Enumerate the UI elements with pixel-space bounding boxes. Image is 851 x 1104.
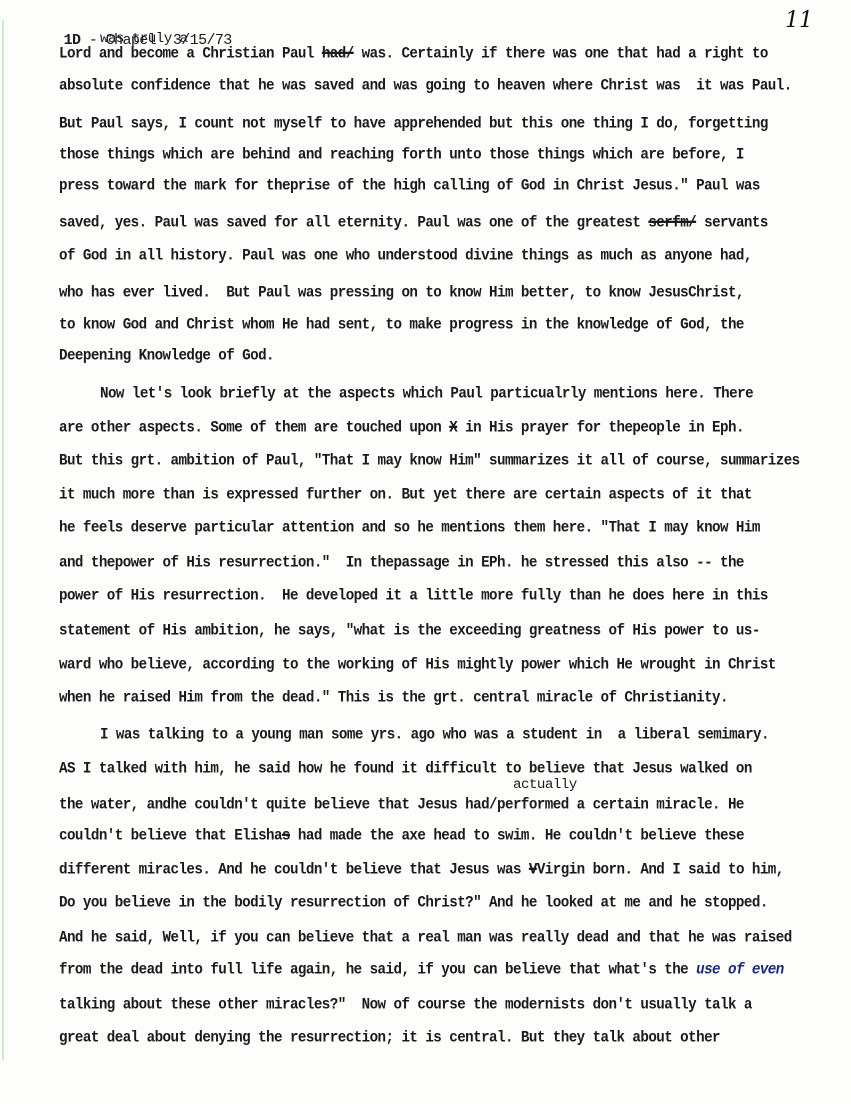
text-line: when he raised Him from the dead." This … (59, 689, 728, 707)
text-line: talking about these other miracles?" Now… (59, 996, 752, 1014)
text-line: But this grt. ambition of Paul, "That I … (59, 452, 800, 470)
text-line: he feels deserve particular attention an… (59, 519, 760, 537)
text-line: couldn't believe that Elishas had made t… (59, 827, 744, 845)
text-line: the water, andhe couldn't quite believe … (59, 796, 744, 814)
struck-out-text: had/ (322, 45, 354, 63)
struck-out-text: s (282, 827, 290, 845)
text-line: who has ever lived. But Paul was pressin… (59, 284, 744, 302)
text-line: power of His resurrection. He developed … (59, 587, 768, 605)
text-line: and thepower of His resurrection." In th… (59, 554, 744, 572)
text-line: of God in all history. Paul was one who … (59, 247, 752, 265)
page-number: 11 (785, 8, 813, 33)
text-line: ward who believe, according to the worki… (59, 656, 776, 674)
text-line: those things which are behind and reachi… (59, 146, 744, 164)
text-line: to know God and Christ whom He had sent,… (59, 316, 744, 334)
text-line: are other aspects. Some of them are touc… (59, 419, 744, 437)
text-line: saved, yes. Paul was saved for all etern… (59, 214, 768, 232)
text-line: from the dead into full life again, he s… (59, 961, 784, 979)
struck-out-text: X (449, 419, 457, 437)
struck-out-text: serfm/ (648, 214, 696, 232)
text-line: Deepening Knowledge of God. (59, 347, 274, 365)
text-line: great deal about denying the resurrectio… (59, 1029, 720, 1047)
text-line: But Paul says, I count not myself to hav… (59, 115, 768, 133)
text-line: press toward the mark for theprise of th… (59, 177, 760, 195)
text-line: different miracles. And he couldn't beli… (59, 861, 784, 879)
interlinear-insert-actually: actually (513, 777, 577, 793)
text-line: Now let's look briefly at the aspects wh… (100, 385, 753, 403)
typed-page: 1D - Chapel 3/15/73 11 was truly a actua… (0, 0, 851, 1104)
text-line: it much more than is expressed further o… (59, 486, 752, 504)
text-line: absolute confidence that he was saved an… (59, 77, 792, 95)
text-line: I was talking to a young man some yrs. a… (100, 726, 769, 744)
text-line: And he said, Well, if you can believe th… (59, 929, 792, 947)
text-line: Do you believe in the bodily resurrectio… (59, 894, 768, 912)
italic-blue-text: use of even (696, 961, 784, 979)
text-line: Lord and become a Christian Paul had/ wa… (59, 45, 768, 63)
text-line: statement of His ambition, he says, "wha… (59, 622, 760, 640)
struck-out-text: V (529, 861, 537, 879)
text-line: AS I talked with him, he said how he fou… (59, 760, 752, 778)
scan-edge-mark (2, 20, 4, 1060)
